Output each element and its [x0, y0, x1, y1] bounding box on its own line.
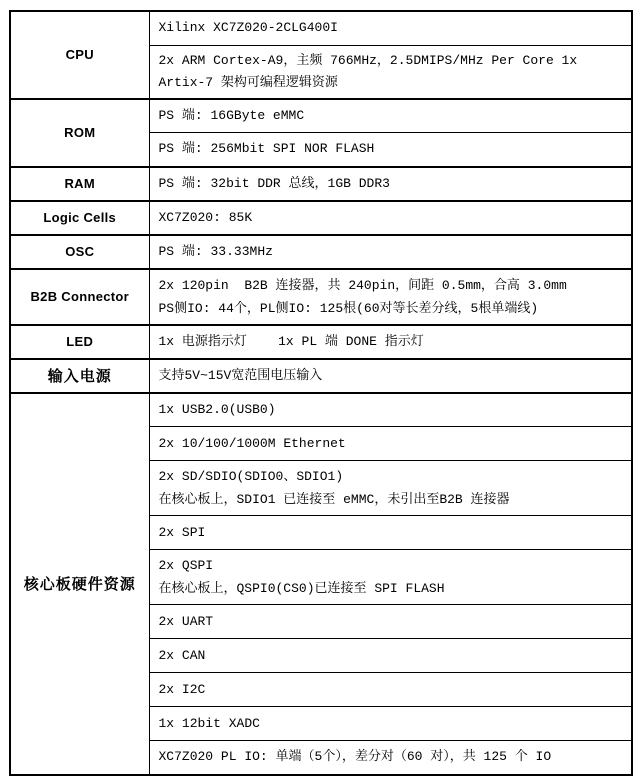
- document-page: CPUXilinx XC7Z020-2CLG400I2x ARM Cortex-…: [0, 0, 641, 777]
- spec-value-line: 2x CAN: [159, 645, 624, 667]
- spec-value-cell: PS 端: 16GByte eMMC: [149, 99, 632, 133]
- section-label-led: LED: [10, 325, 149, 359]
- section-label-b2b-connector: B2B Connector: [10, 269, 149, 325]
- spec-value-line: 2x QSPI: [159, 554, 624, 577]
- section-label-logic-cells: Logic Cells: [10, 201, 149, 235]
- spec-value-cell: 2x 10/100/1000M Ethernet: [149, 427, 632, 461]
- spec-table-body: CPUXilinx XC7Z020-2CLG400I2x ARM Cortex-…: [10, 11, 632, 775]
- spec-value-cell: 2x CAN: [149, 639, 632, 673]
- spec-value-line: 2x 10/100/1000M Ethernet: [159, 433, 624, 455]
- spec-value-line: 1x USB2.0(USB0): [159, 399, 624, 421]
- spec-value-cell: PS 端: 256Mbit SPI NOR FLASH: [149, 133, 632, 167]
- spec-value-line: 2x I2C: [159, 679, 624, 701]
- section-label-core-board-resources: 核心板硬件资源: [10, 393, 149, 775]
- spec-value-cell: 2x SPI: [149, 516, 632, 550]
- section-label-rom: ROM: [10, 99, 149, 167]
- spec-value-line: 2x SD/SDIO(SDIO0、SDIO1): [159, 465, 624, 488]
- spec-value-line: PS 端: 256Mbit SPI NOR FLASH: [159, 138, 624, 160]
- spec-value-line: PS 端: 32bit DDR 总线，1GB DDR3: [159, 173, 624, 195]
- spec-value-line: 2x SPI: [159, 522, 624, 544]
- spec-value-line: Xilinx XC7Z020-2CLG400I: [159, 17, 624, 39]
- spec-value-line: PS侧IO: 44个，PL侧IO: 125根(60对等长差分线，5根单端线): [159, 297, 624, 320]
- spec-value-line: XC7Z020: 85K: [159, 207, 624, 229]
- spec-table: CPUXilinx XC7Z020-2CLG400I2x ARM Cortex-…: [9, 10, 633, 776]
- spec-value-cell: 2x ARM Cortex-A9，主频 766MHz，2.5DMIPS/MHz …: [149, 45, 632, 99]
- spec-value-cell: 2x I2C: [149, 673, 632, 707]
- spec-value-cell: 支持5V~15V宽范围电压输入: [149, 359, 632, 393]
- spec-value-line: 支持5V~15V宽范围电压输入: [159, 365, 624, 387]
- spec-value-line: 2x UART: [159, 611, 624, 633]
- spec-value-cell: PS 端: 32bit DDR 总线，1GB DDR3: [149, 167, 632, 201]
- spec-row-logic-cells-0: Logic CellsXC7Z020: 85K: [10, 201, 632, 235]
- section-label-cpu: CPU: [10, 11, 149, 99]
- section-label-osc: OSC: [10, 235, 149, 269]
- spec-row-b2b-connector-0: B2B Connector2x 120pin B2B 连接器，共 240pin，…: [10, 269, 632, 325]
- spec-row-osc-0: OSCPS 端: 33.33MHz: [10, 235, 632, 269]
- section-label-power-input: 输入电源: [10, 359, 149, 393]
- spec-value-cell: XC7Z020: 85K: [149, 201, 632, 235]
- section-label-ram: RAM: [10, 167, 149, 201]
- spec-value-cell: 2x 120pin B2B 连接器，共 240pin，间距 0.5mm，合高 3…: [149, 269, 632, 325]
- spec-value-line: 在核心板上，SDIO1 已连接至 eMMC，未引出至B2B 连接器: [159, 488, 624, 511]
- spec-value-line: 2x ARM Cortex-A9，主频 766MHz，2.5DMIPS/MHz …: [159, 50, 624, 94]
- spec-row-core-board-resources-0: 核心板硬件资源1x USB2.0(USB0): [10, 393, 632, 427]
- spec-value-line: PS 端: 16GByte eMMC: [159, 105, 624, 127]
- spec-value-cell: 2x QSPI在核心板上，QSPI0(CS0)已连接至 SPI FLASH: [149, 550, 632, 605]
- spec-value-line: 2x 120pin B2B 连接器，共 240pin，间距 0.5mm，合高 3…: [159, 274, 624, 297]
- spec-row-rom-0: ROMPS 端: 16GByte eMMC: [10, 99, 632, 133]
- spec-value-cell: Xilinx XC7Z020-2CLG400I: [149, 11, 632, 45]
- spec-value-cell: 1x 12bit XADC: [149, 707, 632, 741]
- spec-value-cell: 1x USB2.0(USB0): [149, 393, 632, 427]
- spec-value-cell: 1x 电源指示灯 1x PL 端 DONE 指示灯: [149, 325, 632, 359]
- spec-value-line: PS 端: 33.33MHz: [159, 241, 624, 263]
- spec-value-cell: 2x SD/SDIO(SDIO0、SDIO1)在核心板上，SDIO1 已连接至 …: [149, 461, 632, 516]
- spec-row-power-input-0: 输入电源支持5V~15V宽范围电压输入: [10, 359, 632, 393]
- spec-value-line: XC7Z020 PL IO: 单端（5个），差分对（60 对），共 125 个 …: [159, 746, 624, 768]
- spec-value-line: 在核心板上，QSPI0(CS0)已连接至 SPI FLASH: [159, 577, 624, 600]
- spec-value-line: 1x 12bit XADC: [159, 713, 624, 735]
- spec-row-cpu-0: CPUXilinx XC7Z020-2CLG400I: [10, 11, 632, 45]
- spec-value-line: 1x 电源指示灯 1x PL 端 DONE 指示灯: [159, 331, 624, 353]
- spec-value-cell: XC7Z020 PL IO: 单端（5个），差分对（60 对），共 125 个 …: [149, 741, 632, 775]
- spec-value-cell: PS 端: 33.33MHz: [149, 235, 632, 269]
- spec-row-led-0: LED1x 电源指示灯 1x PL 端 DONE 指示灯: [10, 325, 632, 359]
- spec-row-ram-0: RAMPS 端: 32bit DDR 总线，1GB DDR3: [10, 167, 632, 201]
- spec-value-cell: 2x UART: [149, 605, 632, 639]
